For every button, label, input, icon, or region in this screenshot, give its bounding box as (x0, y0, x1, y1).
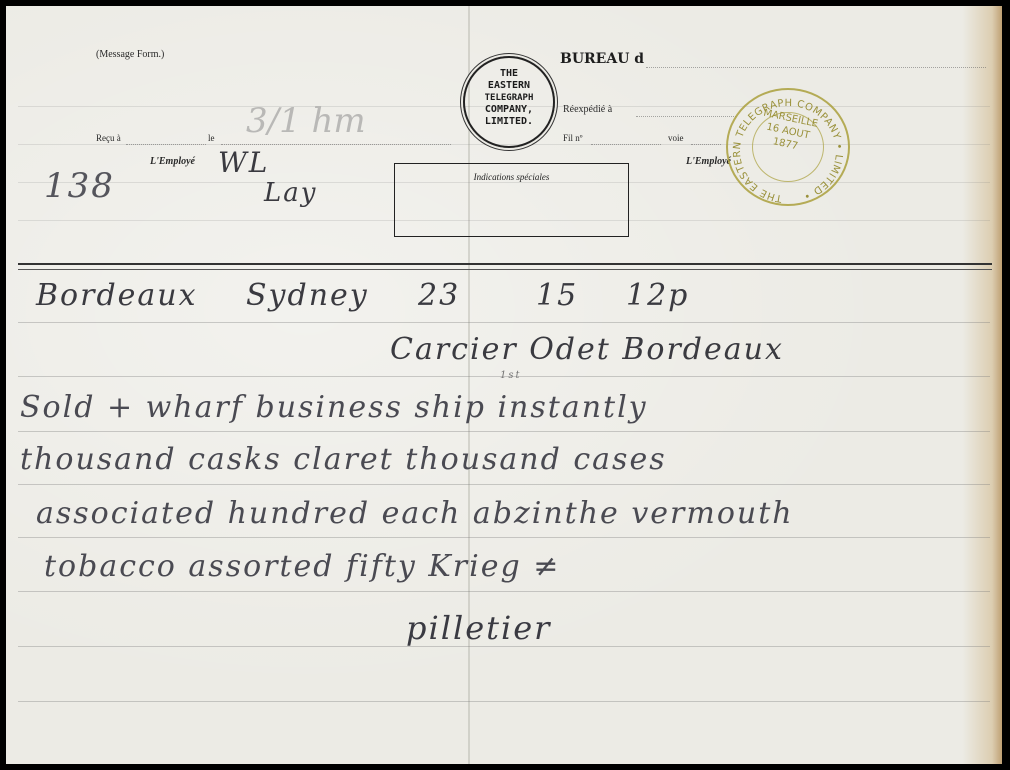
employe-left-label: L'Employé (150, 156, 195, 167)
recu-label: Reçu à (96, 133, 121, 143)
message-body-line: Sold + wharf business ship instantly (20, 390, 648, 425)
message-addressee: Carcier Odet Bordeaux (390, 332, 784, 367)
stamp-day: 16 (765, 122, 780, 135)
message-time: 12p (626, 278, 689, 313)
indications-speciales-box: Indications spéciales (394, 163, 629, 237)
logo-line: EASTERN (465, 80, 553, 92)
ruled-line (18, 591, 990, 592)
ruled-line (18, 701, 990, 702)
message-word-count: 23 (418, 278, 460, 313)
addressee-note: 1st (500, 370, 522, 381)
recu-field-line (126, 143, 206, 145)
ruled-line (18, 322, 990, 323)
message-body-line: associated hundred each abzinthe vermout… (36, 496, 794, 531)
message-day: 15 (536, 278, 578, 313)
company-logo-seal: THE EASTERN TELEGRAPH COMPANY, LIMITED. (463, 56, 555, 148)
indications-label: Indications spéciales (395, 172, 628, 182)
message-number: 138 (44, 166, 115, 206)
message-signature: pilletier (406, 609, 551, 647)
employee-name: Lay (264, 178, 317, 208)
fil-field-line (591, 143, 661, 145)
pencil-note: 3/1 hm (246, 101, 366, 141)
le-field-line (221, 143, 451, 145)
logo-line: TELEGRAPH (465, 92, 553, 104)
ruled-line (18, 431, 990, 432)
message-destination: Sydney (246, 278, 369, 313)
message-origin: Bordeaux (36, 278, 198, 313)
logo-line: LIMITED. (465, 116, 553, 128)
reexpedie-field-line (636, 115, 736, 117)
logo-line: COMPANY, (465, 104, 553, 116)
postmark-stamp: THE EASTERN TELEGRAPH COMPANY • LIMITED … (726, 88, 850, 206)
message-body-line: tobacco assorted fifty Krieg ≠ (44, 549, 560, 584)
voie-field-line (691, 143, 721, 145)
message-section-divider (18, 263, 992, 270)
bureau-field-line (646, 66, 986, 68)
voie-label: voie (668, 133, 684, 143)
reexpedie-label: Réexpédié à (563, 104, 612, 115)
le-label: le (208, 133, 215, 143)
employe-right-label: L'Employé (686, 156, 731, 167)
ruled-line (18, 484, 990, 485)
fil-label: Fil nº (563, 133, 583, 143)
bureau-label: BUREAU d (560, 51, 644, 67)
telegram-form: (Message Form.) BUREAU d Reçu à le L'Emp… (6, 6, 1002, 764)
ruled-line (18, 537, 990, 538)
employee-initials: WL (218, 146, 269, 179)
message-body-line: thousand casks claret thousand cases (20, 442, 667, 477)
logo-line: THE (465, 68, 553, 80)
form-type-label: (Message Form.) (96, 49, 164, 60)
